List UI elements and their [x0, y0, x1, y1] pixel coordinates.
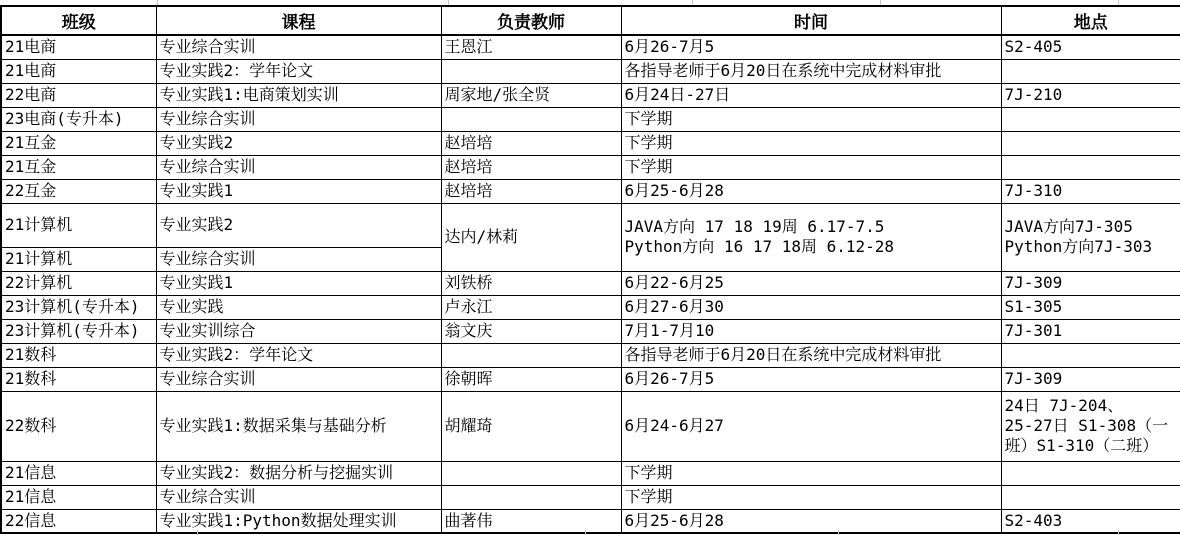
table-row: 22电商专业实践1:电商策划实训周家地/张全贤6月24日-27日7J-210 [1, 83, 1180, 107]
table-row: 21信息专业综合实训下学期 [1, 485, 1180, 509]
table-cell[interactable] [1001, 59, 1180, 83]
table-cell[interactable]: 7月1-7月10 [621, 319, 1001, 343]
table-cell[interactable]: 22互金 [1, 179, 156, 203]
table-cell[interactable] [1001, 343, 1180, 367]
column-header[interactable]: 课程 [156, 6, 441, 35]
table-cell[interactable]: 21信息 [1, 485, 156, 509]
table-cell[interactable] [1001, 485, 1180, 509]
table-row: 21电商专业综合实训王恩江6月26-7月5S2-405 [1, 35, 1180, 59]
table-cell[interactable]: 专业实践1 [156, 179, 441, 203]
table-cell[interactable]: 专业实践1 [156, 271, 441, 295]
table-cell[interactable]: 专业实践2：学年论文 [156, 59, 441, 83]
table-cell[interactable]: 22计算机 [1, 271, 156, 295]
table-cell[interactable]: 专业综合实训 [156, 155, 441, 179]
table-cell[interactable]: 下学期 [621, 131, 1001, 155]
column-header[interactable]: 负责教师 [441, 6, 621, 35]
table-cell[interactable]: 7J-309 [1001, 367, 1180, 391]
table-cell[interactable]: 6月25-6月28 [621, 179, 1001, 203]
table-cell[interactable]: 专业实践2：数据分析与挖掘实训 [156, 461, 441, 485]
gridline-remnant [1118, 530, 1119, 535]
table-cell[interactable]: 23计算机(专升本) [1, 295, 156, 319]
table-cell[interactable] [1001, 461, 1180, 485]
table-cell[interactable]: 赵培培 [441, 131, 621, 155]
table-row: 23电商(专升本)专业综合实训下学期 [1, 107, 1180, 131]
table-cell[interactable]: 各指导老师于6月20日在系统中完成材料审批 [621, 343, 1001, 367]
table-cell[interactable]: 7J-210 [1001, 83, 1180, 107]
table-cell[interactable]: 赵培培 [441, 179, 621, 203]
table-cell[interactable]: 6月22-6月25 [621, 271, 1001, 295]
table-cell[interactable]: 专业实践1:电商策划实训 [156, 83, 441, 107]
table-cell[interactable] [1001, 155, 1180, 179]
table-cell[interactable] [1001, 107, 1180, 131]
table-cell[interactable]: 6月27-6月30 [621, 295, 1001, 319]
table-cell[interactable]: 21电商 [1, 35, 156, 59]
table-row: 21互金专业实践2赵培培下学期 [1, 131, 1180, 155]
table-cell[interactable]: 下学期 [621, 485, 1001, 509]
table-row: 22信息专业实践1:Python数据处理实训曲著伟6月25-6月28S2-403 [1, 509, 1180, 533]
table-row: 22互金专业实践1赵培培6月25-6月287J-310 [1, 179, 1180, 203]
table-cell[interactable]: 下学期 [621, 155, 1001, 179]
table-cell[interactable]: 徐朝晖 [441, 367, 621, 391]
table-cell[interactable]: 专业实践1:数据采集与基础分析 [156, 391, 441, 461]
table-row: 22计算机专业实践1刘铁桥6月22-6月257J-309 [1, 271, 1180, 295]
table-cell[interactable]: 21数科 [1, 343, 156, 367]
table-cell[interactable]: 专业实践2 [156, 131, 441, 155]
table-cell[interactable]: 专业实践2 [156, 203, 441, 247]
schedule-table: 班级课程负责教师时间地点 21电商专业综合实训王恩江6月26-7月5S2-405… [0, 5, 1180, 534]
table-cell[interactable]: 21互金 [1, 155, 156, 179]
column-header[interactable]: 班级 [1, 6, 156, 35]
table-cell[interactable]: 21计算机 [1, 247, 156, 271]
schedule-table-body: 21电商专业综合实训王恩江6月26-7月5S2-40521电商专业实践2：学年论… [1, 35, 1180, 533]
table-cell[interactable]: 7J-310 [1001, 179, 1180, 203]
table-cell[interactable]: S1-305 [1001, 295, 1180, 319]
table-row: 23计算机(专升本)专业实训综合翁文庆7月1-7月107J-301 [1, 319, 1180, 343]
table-cell[interactable]: 各指导老师于6月20日在系统中完成材料审批 [621, 59, 1001, 83]
table-cell[interactable]: 专业综合实训 [156, 107, 441, 131]
table-cell[interactable] [441, 107, 621, 131]
table-cell[interactable]: 23电商(专升本) [1, 107, 156, 131]
table-row: 21数科专业实践2：学年论文各指导老师于6月20日在系统中完成材料审批 [1, 343, 1180, 367]
schedule-table-header: 班级课程负责教师时间地点 [1, 6, 1180, 35]
column-header[interactable]: 时间 [621, 6, 1001, 35]
table-cell[interactable]: 7J-309 [1001, 271, 1180, 295]
gridline-remnant [448, 0, 449, 5]
table-cell[interactable]: 专业实践 [156, 295, 441, 319]
table-row: 21电商专业实践2：学年论文各指导老师于6月20日在系统中完成材料审批 [1, 59, 1180, 83]
table-cell[interactable]: JAVA方向 17 18 19周 6.17-7.5 Python方向 16 17… [621, 203, 1001, 271]
table-cell[interactable]: 达内/林莉 [441, 203, 621, 271]
gridline-remnant [157, 0, 158, 5]
table-cell[interactable]: 下学期 [621, 461, 1001, 485]
table-cell[interactable] [441, 343, 621, 367]
table-cell[interactable]: 23计算机(专升本) [1, 319, 156, 343]
gridline-remnant [585, 530, 586, 535]
table-cell[interactable]: 翁文庆 [441, 319, 621, 343]
table-row: 21互金专业综合实训赵培培下学期 [1, 155, 1180, 179]
table-cell[interactable]: 7J-301 [1001, 319, 1180, 343]
gridline-remnant [880, 0, 881, 5]
table-row: 21数科专业综合实训徐朝晖6月26-7月57J-309 [1, 367, 1180, 391]
table-cell[interactable]: 6月26-7月5 [621, 35, 1001, 59]
gridline-remnant [692, 0, 693, 5]
table-cell[interactable]: 专业综合实训 [156, 367, 441, 391]
table-cell[interactable]: 6月24日-27日 [621, 83, 1001, 107]
gridline-remnant [1118, 0, 1119, 5]
table-cell[interactable]: 王恩江 [441, 35, 621, 59]
table-cell[interactable]: 22数科 [1, 391, 156, 461]
table-cell[interactable] [441, 59, 621, 83]
table-cell[interactable]: 21信息 [1, 461, 156, 485]
table-cell[interactable]: 周家地/张全贤 [441, 83, 621, 107]
table-cell[interactable]: 专业综合实训 [156, 485, 441, 509]
table-cell[interactable]: 卢永江 [441, 295, 621, 319]
table-row: 21计算机专业实践2达内/林莉JAVA方向 17 18 19周 6.17-7.5… [1, 203, 1180, 247]
table-cell[interactable]: 专业实训综合 [156, 319, 441, 343]
table-cell[interactable]: JAVA方向7J-305 Python方向7J-303 [1001, 203, 1180, 271]
table-row: 23计算机(专升本)专业实践卢永江6月27-6月30S1-305 [1, 295, 1180, 319]
table-cell[interactable]: 专业综合实训 [156, 247, 441, 271]
spreadsheet-view: 班级课程负责教师时间地点 21电商专业综合实训王恩江6月26-7月5S2-405… [0, 0, 1180, 535]
table-cell[interactable]: 6月24-6月27 [621, 391, 1001, 461]
table-cell[interactable] [1001, 131, 1180, 155]
table-cell[interactable]: 专业综合实训 [156, 35, 441, 59]
table-cell[interactable]: 刘铁桥 [441, 271, 621, 295]
table-cell[interactable]: 21互金 [1, 131, 156, 155]
table-cell[interactable]: 21数科 [1, 367, 156, 391]
table-cell[interactable] [441, 461, 621, 485]
table-cell[interactable]: 24日 7J-204、 25-27日 S1-308（一 班）S1-310（二班） [1001, 391, 1180, 461]
table-cell[interactable]: 6月26-7月5 [621, 367, 1001, 391]
table-row: 22数科专业实践1:数据采集与基础分析胡耀琦6月24-6月2724日 7J-20… [1, 391, 1180, 461]
table-cell[interactable]: 22电商 [1, 83, 156, 107]
table-cell[interactable]: S2-403 [1001, 509, 1180, 533]
table-cell[interactable]: 21计算机 [1, 203, 156, 247]
table-cell[interactable]: 专业实践2：学年论文 [156, 343, 441, 367]
table-cell[interactable]: 专业实践1:Python数据处理实训 [156, 509, 441, 533]
column-header[interactable]: 地点 [1001, 6, 1180, 35]
gridline-remnant [197, 530, 198, 535]
table-cell[interactable]: 胡耀琦 [441, 391, 621, 461]
table-cell[interactable] [441, 485, 621, 509]
table-row: 21信息专业实践2：数据分析与挖掘实训下学期 [1, 461, 1180, 485]
gridline-remnant [838, 530, 839, 535]
header-row: 班级课程负责教师时间地点 [1, 6, 1180, 35]
table-cell[interactable]: 22信息 [1, 509, 156, 533]
table-cell[interactable]: 6月25-6月28 [621, 509, 1001, 533]
table-cell[interactable]: 21电商 [1, 59, 156, 83]
table-cell[interactable]: 下学期 [621, 107, 1001, 131]
table-cell[interactable]: S2-405 [1001, 35, 1180, 59]
table-cell[interactable]: 赵培培 [441, 155, 621, 179]
table-cell[interactable]: 曲著伟 [441, 509, 621, 533]
